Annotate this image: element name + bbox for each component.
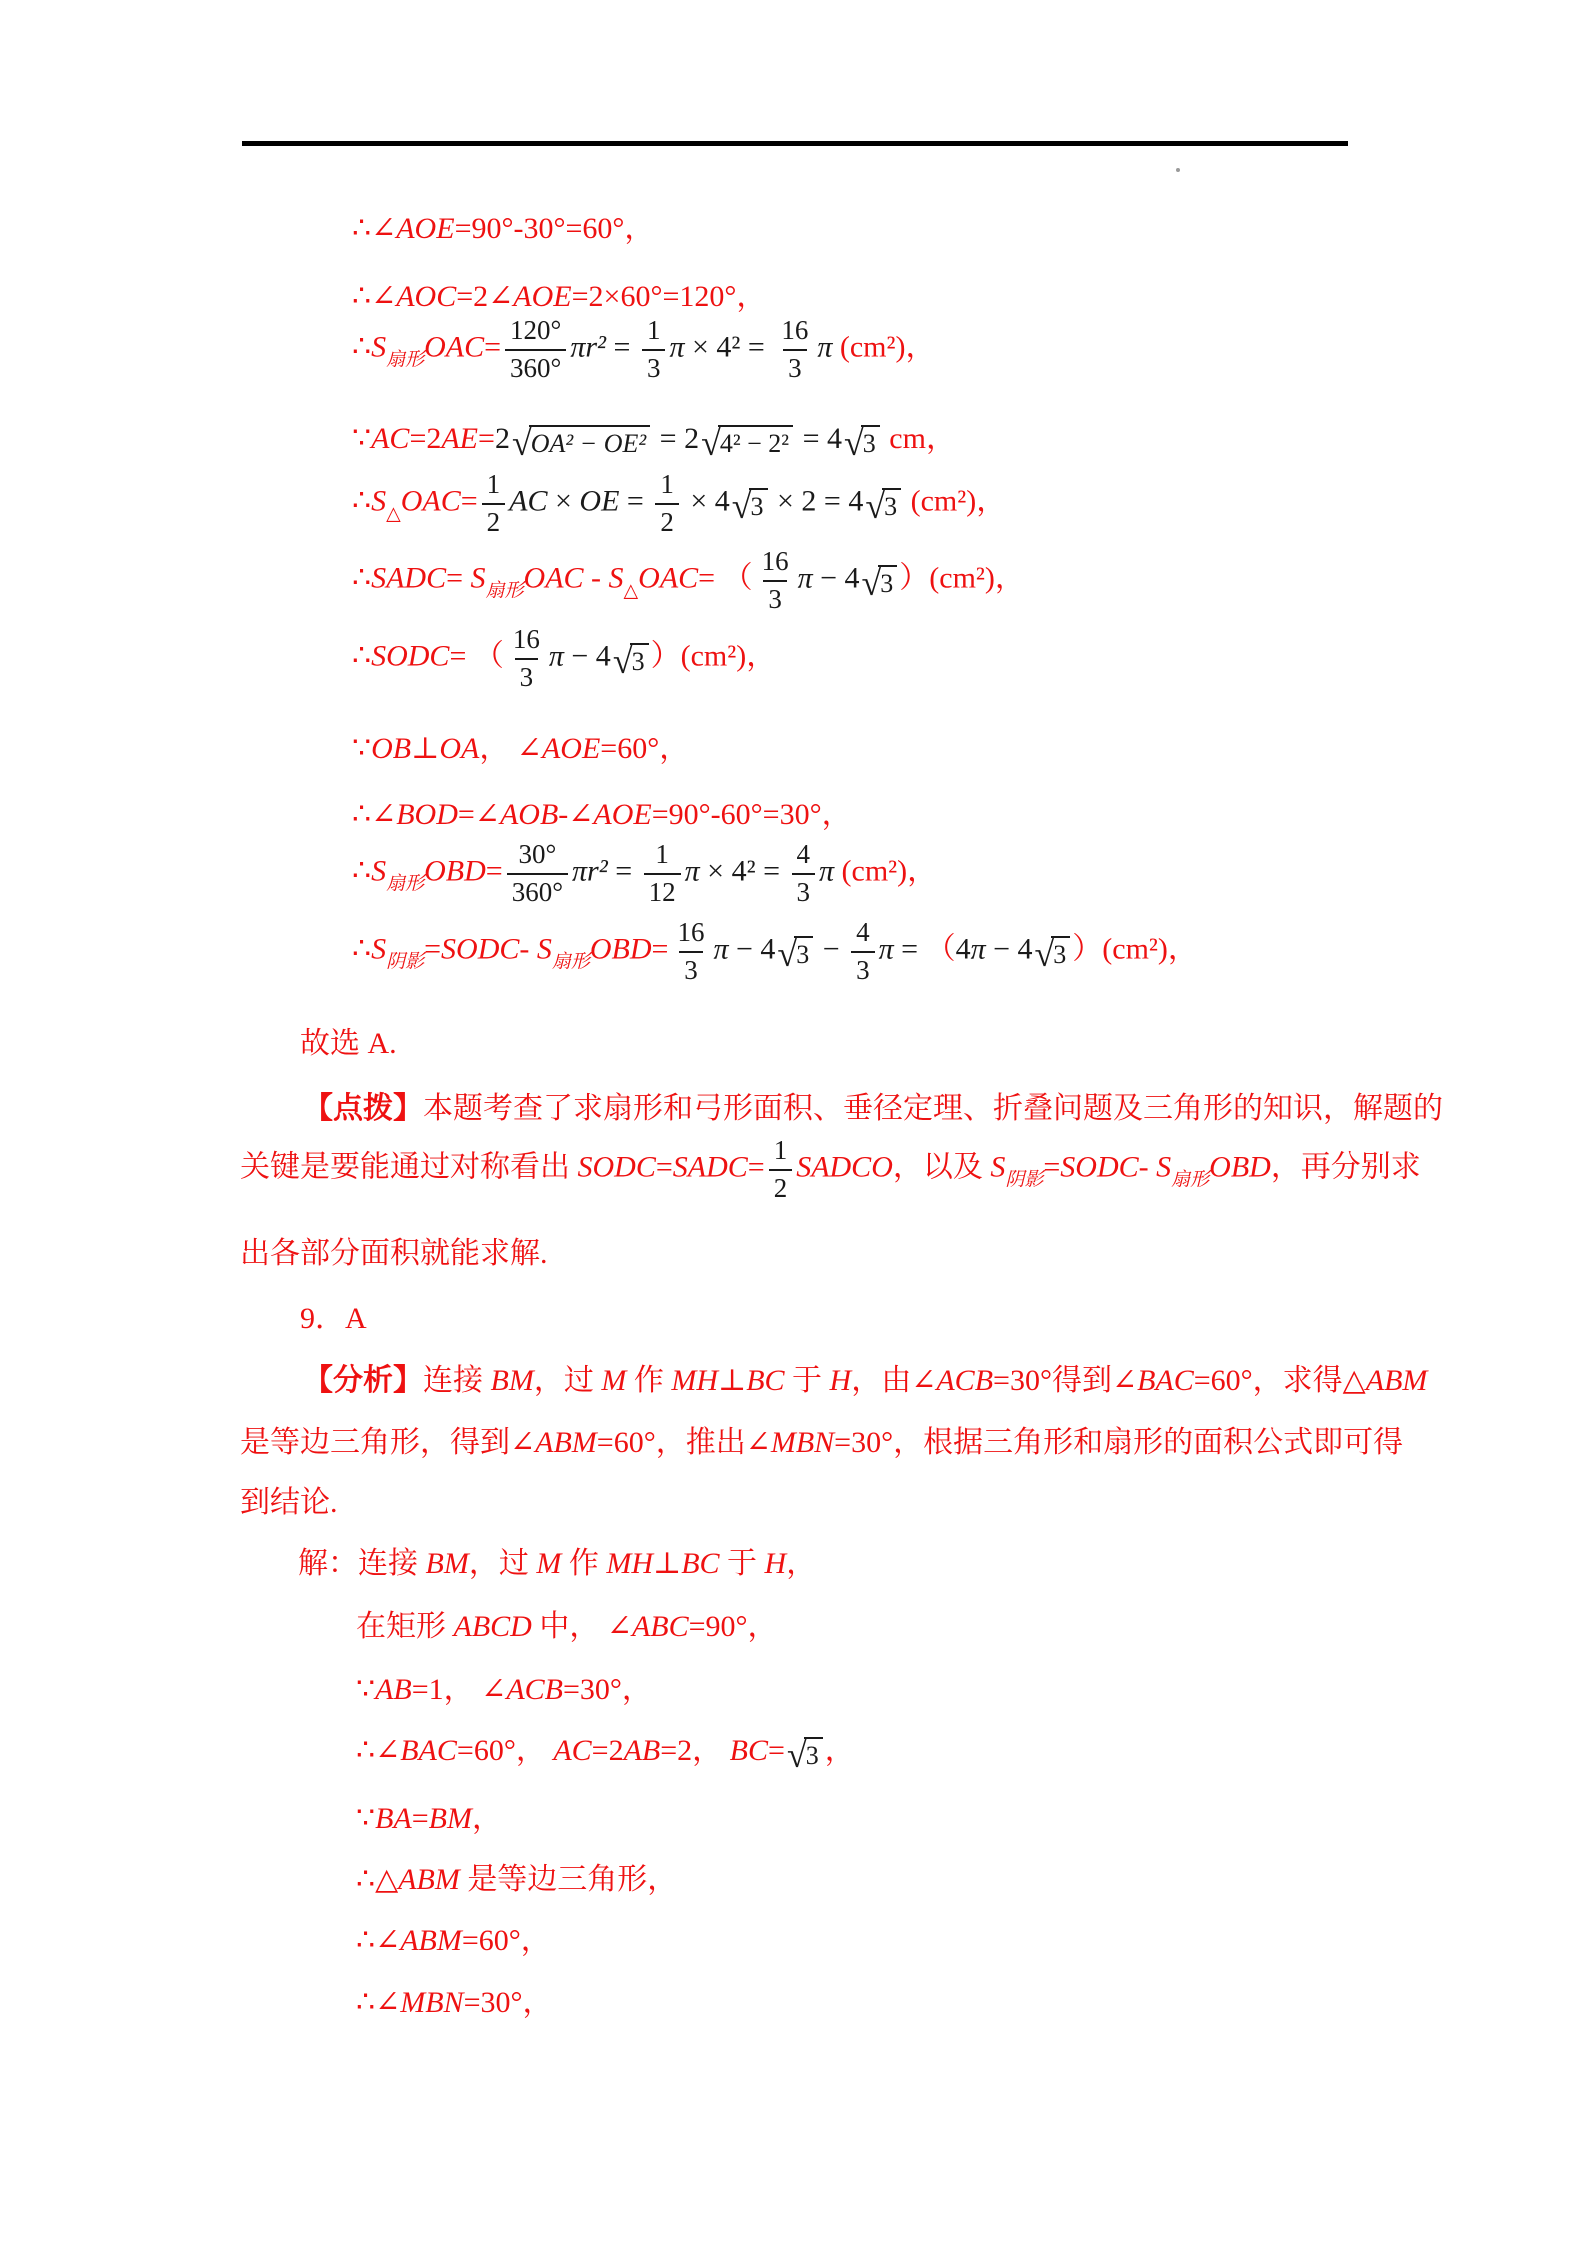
q9-solve-line8: ∴∠MBN=30°， [356,1979,552,2027]
text-run: OAC [638,562,698,595]
text-run: ，过 [469,1547,537,1580]
text-run: ∴ [352,562,371,595]
text-run: M [536,1547,561,1580]
text-run: 出各部分面积就能求解. [240,1237,548,1270]
text-run: = [606,331,638,364]
text-run: =30°， [464,1986,553,2019]
text-run: ∴ [352,331,371,364]
text-run: 在矩形 [356,1610,454,1643]
text-run: =2×60°=120°， [572,280,767,313]
text-run: ∵ [352,732,371,765]
sqrt-radical: √3 [787,1737,823,1773]
text-run: π [819,855,834,888]
text-run: ）(cm²)， [651,640,777,673]
sol8-line-sector-oac: ∴S扇形OAC=120°360°πr² = 13π × 4² = 163π (c… [352,313,936,387]
text-run: AOB [500,798,558,831]
text-run: ABM [1366,1364,1428,1397]
text-run: − 4 [729,933,776,966]
sol8-tip-line3: 出各部分面积就能求解. [240,1230,548,1278]
text-run: ACB [936,1364,993,1397]
text-run: ⊥ [411,732,439,765]
text-run: ABM [535,1426,597,1459]
q9-solve-line3: ∵AB=1， ∠ACB=30°， [356,1666,652,1714]
text-run: BC [730,1734,768,1767]
stray-mark [1176,168,1180,172]
text-run: 【分析】 [303,1364,423,1397]
text-run: =2 [409,422,441,455]
q9-answer: 9．A [300,1295,367,1343]
text-run: × 2 = 4 [770,485,864,518]
text-run: BM [491,1364,534,1397]
text-run: -∠ [558,798,593,831]
text-run: =30°得到∠ [993,1364,1137,1397]
text-run: × 4 [683,485,730,518]
text-run: = 4 [795,422,842,455]
header-rule [242,141,1348,146]
text-run: SODC [371,640,449,673]
text-run: AOE [513,280,571,313]
sqrt-radical: √3 [865,488,901,524]
text-run: 到结论. [240,1486,338,1519]
text-run: MH [671,1364,718,1397]
text-run: AOE [396,212,454,245]
text-run: OE [579,485,619,518]
q9-analysis-line1: 【分析】连接 BM，过 M 作 MH⊥BC 于 H，由∠ACB=30°得到∠BA… [303,1357,1427,1405]
text-run: ABC [632,1610,689,1643]
sol8-tip-line2: 关键是要能通过对称看出 SODC=SADC=12SADCO，以及 S阴影=SOD… [240,1133,1421,1207]
text-run: = [608,855,640,888]
text-run: SODC [441,933,519,966]
text-run: − 4 [813,562,860,595]
text-run: =60°， [462,1924,551,1957]
text-run: ， ∠ [479,732,542,765]
text-run: 连接 [423,1364,491,1397]
text-run: 本题考查了求扇形和弓形面积、垂径定理、折叠问题及三角形的知识，解题的 [423,1092,1443,1125]
subscript: △ [624,581,639,602]
subscript: △ [386,504,401,525]
text-run: 是等边三角形，得到∠ [240,1426,535,1459]
text-run: AOE [593,798,651,831]
sol8-tip-line1: 【点拨】本题考查了求扇形和弓形面积、垂径定理、折叠问题及三角形的知识，解题的 [303,1085,1443,1133]
text-run: BOD [396,798,458,831]
text-run: ∴∠ [352,798,396,831]
text-run: = （ [449,640,503,673]
text-run: = [656,1151,673,1184]
text-run: OA [439,732,479,765]
text-run: SODC [578,1151,656,1184]
sol8-line-triangle-oac: ∴S△OAC=12AC × OE = 12 × 4√3 × 2 = 4√3 (c… [352,467,1006,541]
text-run: 作 [561,1547,606,1580]
text-run: AB [375,1673,412,1706]
text-run: SODC [1060,1151,1138,1184]
text-run: =2∠ [456,280,513,313]
text-run: 故选 A. [300,1027,397,1060]
text-run: MBN [771,1426,834,1459]
text-run: 关键是要能通过对称看出 [240,1151,578,1184]
text-run: ， [786,1547,816,1580]
text-run: =1， ∠ [412,1673,507,1706]
text-run: =60°， [457,1734,553,1767]
text-run: π [879,933,894,966]
text-run: 中， ∠ [532,1610,632,1643]
text-run: H [765,1547,787,1580]
text-run: OBD [590,933,652,966]
sqrt-radical: √3 [1035,936,1071,972]
text-run: =60°，推出∠ [597,1426,771,1459]
text-run: = [894,933,926,966]
text-run: = 2 [652,422,699,455]
text-run: SADC [371,562,446,595]
fraction: 30°360° [507,837,568,911]
text-run: OAC [424,331,484,364]
text-run: =30°， [563,1673,652,1706]
text-run: = [652,933,669,966]
text-run: ）(cm²)， [899,562,1025,595]
text-run: ∴∠ [352,280,396,313]
fraction: 120°360° [505,313,566,387]
fraction: 43 [851,915,875,989]
text-run: =60°， [600,732,689,765]
text-run: = [446,562,470,595]
text-run: = [486,855,503,888]
text-run: = [748,1151,765,1184]
fraction: 163 [776,313,813,387]
text-run: ∴∠ [356,1924,400,1957]
text-run: AC [509,485,547,518]
text-run: AE [441,422,478,455]
text-run: BC [746,1364,784,1397]
text-run: S [1156,1151,1171,1184]
q9-solve-line2: 在矩形 ABCD 中， ∠ABC=90°， [356,1603,778,1651]
text-run: ABM [400,1924,462,1957]
text-run: − [815,933,847,966]
text-run: - [1139,1151,1157,1184]
text-run: ， [472,1802,502,1835]
text-run: ∴△ [356,1863,398,1896]
text-run: =90°， [689,1610,778,1643]
q9-solve-line7: ∴∠ABM=60°， [356,1917,551,1965]
text-run: ACB [506,1673,563,1706]
q9-analysis-line2: 是等边三角形，得到∠ABM=60°，推出∠MBN=30°，根据三角形和扇形的面积… [240,1419,1403,1467]
text-run: 【点拨】 [303,1092,423,1125]
text-run: − 4 [564,640,611,673]
q9-solve-line5: ∵BA=BM， [356,1795,502,1843]
fraction: 163 [757,544,794,618]
text-run: π [549,640,564,673]
text-run: 于 [720,1547,765,1580]
text-run: S [371,331,386,364]
text-run: 是等边三角形， [460,1863,678,1896]
text-run: ∴ [352,485,371,518]
text-run: (cm²)， [832,331,935,364]
fraction: 112 [644,837,681,911]
text-run: π [798,562,813,595]
text-run: ）(cm²)， [1072,933,1198,966]
text-run: − 4 [986,933,1033,966]
sqrt-radical: √4² − 2² [701,425,793,461]
text-run: ABCD [454,1610,532,1643]
subscript: 扇形 [386,874,424,895]
subscript: 扇形 [386,350,424,371]
text-run: =2， [660,1734,729,1767]
text-run: ∵ [352,422,371,455]
text-run: πr² [570,331,606,364]
text-run: 4 [956,933,971,966]
sol8-line-sector-obd: ∴S扇形OBD=30°360°πr² = 112π × 4² = 43π (cm… [352,837,937,911]
q9-solve-line4: ∴∠BAC=60°， AC=2AB=2， BC=√3， [356,1727,855,1775]
text-run: = [461,485,478,518]
text-run: OBD [424,855,486,888]
text-run: BAC [400,1734,457,1767]
sol8-line-ac: ∵AC=2AE=2√OA² − OE² = 2√4² − 2² = 4√3 cm… [352,415,956,463]
text-run: ，过 [534,1364,602,1397]
text-run: ∴ [352,640,371,673]
q9-analysis-line3: 到结论. [240,1479,338,1527]
text-run: ，再分别求 [1271,1151,1421,1184]
sqrt-radical: √3 [862,565,898,601]
text-run: BAC [1137,1364,1194,1397]
fraction: 163 [508,622,545,696]
fraction: 12 [655,467,679,541]
text-run: =∠ [458,798,500,831]
sol8-line-shaded: ∴S阴影=SODC- S扇形OBD=163π − 4√3 − 43π = （4π… [352,915,1198,989]
text-run: SADCO [796,1151,893,1184]
text-run: OBD [1209,1151,1271,1184]
text-run: 9．A [300,1302,367,1335]
subscript: 扇形 [1171,1170,1209,1191]
text-run: ∴∠ [356,1734,400,1767]
text-run: ⊥ [718,1364,746,1397]
text-run: = [1043,1151,1060,1184]
text-run: ABM [398,1863,460,1896]
text-run: =2 [592,1734,624,1767]
fraction: 163 [672,915,709,989]
text-run: AOC [396,280,456,313]
text-run: = [478,422,495,455]
sol8-answer: 故选 A. [300,1020,397,1068]
text-run: MH [606,1547,653,1580]
text-run: ，由∠ [851,1364,936,1397]
text-run: = [619,485,651,518]
text-run: cm， [882,422,956,455]
text-run: = [768,1734,785,1767]
text-run: S [609,562,624,595]
text-run: S [371,855,386,888]
q9-solve-line6: ∴△ABM 是等边三角形， [356,1856,677,1904]
text-run: (cm²)， [834,855,937,888]
sqrt-radical: √3 [613,643,649,679]
text-run: S [471,562,486,595]
text-run: = [424,933,441,966]
sqrt-radical: √3 [777,936,813,972]
text-run: = [412,1802,429,1835]
text-run: H [830,1364,852,1397]
text-run: ∴ [352,933,371,966]
text-run: = （ [698,562,752,595]
text-run: AC [553,1734,591,1767]
text-run: MBN [400,1986,463,2019]
text-run: SADC [673,1151,748,1184]
text-run: π [971,933,986,966]
text-run: =30°，根据三角形和扇形的面积公式即可得 [834,1426,1403,1459]
sol8-line-ob-perp: ∵OB⊥OA， ∠AOE=60°， [352,725,689,773]
text-run: AB [624,1734,661,1767]
text-run: × 4² = [700,855,788,888]
text-run: ∵ [356,1673,375,1706]
text-run: 解：连接 [298,1547,426,1580]
text-run: =90°-60°=30°， [652,798,852,831]
text-run: BM [429,1802,472,1835]
fraction: 12 [769,1133,793,1207]
text-run: 2 [495,422,510,455]
text-run: OAC [401,485,461,518]
text-run: ∵ [356,1802,375,1835]
text-run: S [371,933,386,966]
subscript: 扇形 [552,952,590,973]
text-run: π [713,933,728,966]
text-run: BC [681,1547,719,1580]
text-run: ，以及 [893,1151,991,1184]
sol8-line-sodc: ∴SODC= （163π − 4√3）(cm²)， [352,622,776,696]
text-run: ∴∠ [352,212,396,245]
sqrt-radical: √3 [844,425,880,461]
text-run: =60°，求得△ [1194,1364,1366,1397]
sol8-line-bod: ∴∠BOD=∠AOB-∠AOE=90°-60°=30°， [352,791,852,839]
text-run: = [484,331,501,364]
text-run: 作 [626,1364,671,1397]
text-run: AOE [542,732,600,765]
text-run: - [519,933,537,966]
subscript: 阴影 [1005,1170,1043,1191]
sol8-line-aoe: ∴∠AOE=90°-30°=60°， [352,205,654,253]
text-run: OB [371,732,411,765]
sqrt-radical: √OA² − OE² [512,425,650,461]
text-run: 于 [785,1364,830,1397]
fraction: 43 [792,837,816,911]
sol8-line-sadc: ∴SADC= S扇形OAC - S△OAC= （163π − 4√3）(cm²)… [352,544,1025,618]
fraction: 12 [482,467,506,541]
text-run: π [669,331,684,364]
text-run: M [601,1364,626,1397]
text-run: × 4² = [685,331,773,364]
text-run: =90°-30°=60°， [455,212,655,245]
text-run: S [537,933,552,966]
subscript: 扇形 [486,581,524,602]
fraction: 13 [642,313,666,387]
text-run: πr² [572,855,608,888]
text-run: × [547,485,579,518]
text-run: (cm²)， [903,485,1006,518]
sqrt-radical: √3 [732,488,768,524]
text-run: （ [926,933,956,966]
text-run: ∴ [352,855,371,888]
document-page: ∴∠AOE=90°-30°=60°，∴∠AOC=2∠AOE=2×60°=120°… [0,0,1587,2245]
text-run: BM [426,1547,469,1580]
text-run: AC [371,422,409,455]
text-run: π [817,331,832,364]
subscript: 阴影 [386,952,424,973]
text-run: ⊥ [653,1547,681,1580]
text-run: S [990,1151,1005,1184]
text-run: BA [375,1802,412,1835]
text-run: π [685,855,700,888]
text-run: S [371,485,386,518]
q9-solve-line1: 解：连接 BM，过 M 作 MH⊥BC 于 H， [298,1540,816,1588]
text-run: ， [825,1734,855,1767]
text-run: - [584,562,609,595]
text-run: OAC [524,562,584,595]
text-run: ∴∠ [356,1986,400,2019]
